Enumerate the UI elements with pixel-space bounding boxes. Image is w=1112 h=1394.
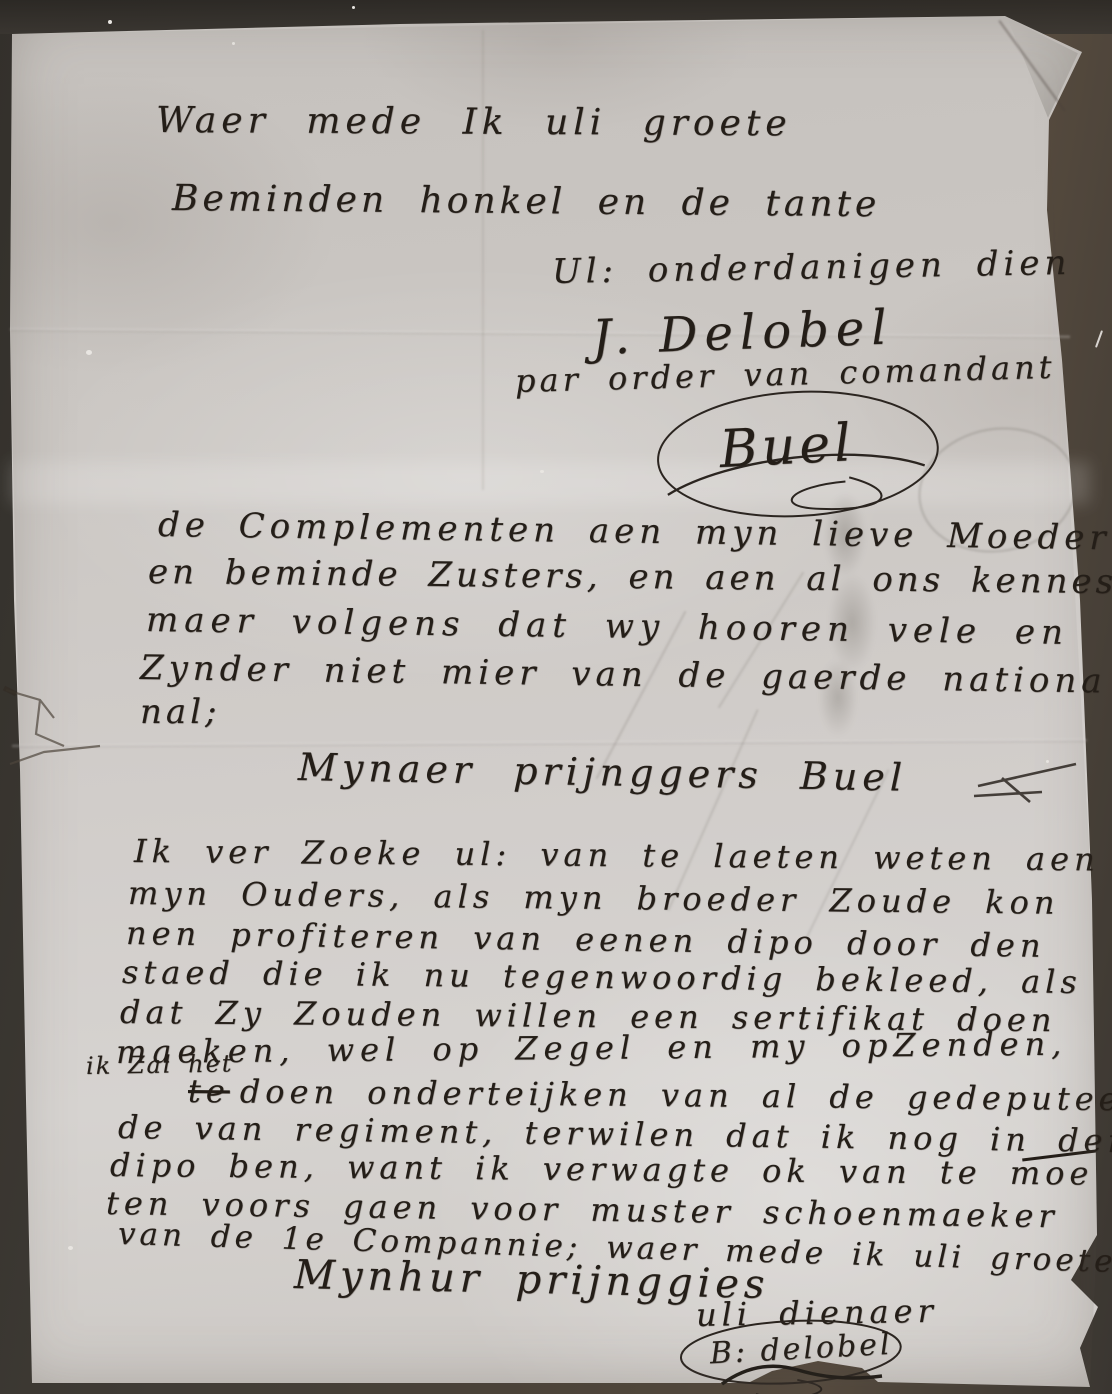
dust-speck bbox=[1046, 760, 1049, 763]
scanned-letter-page: Waer mede Ik uli groete Beminden honkel … bbox=[0, 0, 1112, 1394]
edge-scribble bbox=[972, 752, 1092, 812]
dust-speck bbox=[232, 42, 235, 45]
oval-signature-buel-text: Buel bbox=[718, 413, 856, 480]
hw-opening-line-2: Beminden honkel en de tante bbox=[172, 178, 881, 225]
bottom-edge-squiggle bbox=[720, 1356, 890, 1390]
hw-compliments-5: nal; bbox=[140, 692, 221, 732]
oval-signature-buel: Buel bbox=[645, 380, 952, 531]
dust-speck bbox=[352, 6, 355, 9]
dust-speck bbox=[86, 350, 92, 355]
left-edge-tear bbox=[2, 672, 132, 782]
dust-speck bbox=[108, 20, 112, 24]
struck-word: te bbox=[188, 1072, 230, 1110]
scratch-mark bbox=[1095, 330, 1103, 348]
hw-opening-line-1: Waer mede Ik uli groete bbox=[156, 100, 792, 144]
dust-speck bbox=[68, 1246, 73, 1250]
dust-speck bbox=[540, 470, 544, 473]
